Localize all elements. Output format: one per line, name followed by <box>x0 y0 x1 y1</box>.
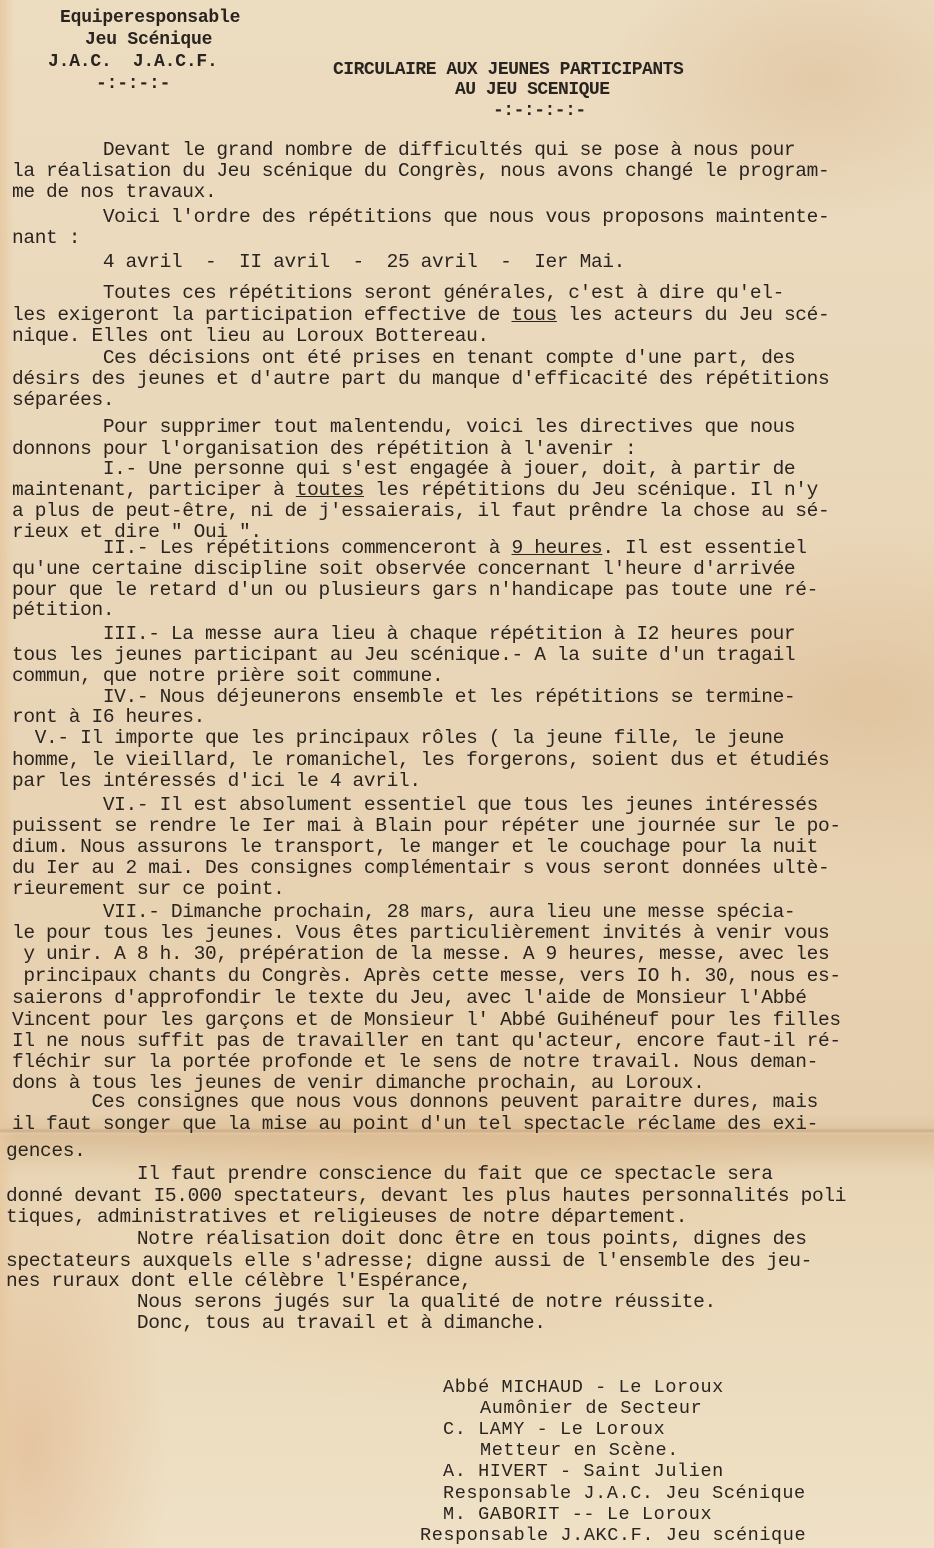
text-line: Vincent pour les garçons et de Monsieur … <box>12 1010 841 1030</box>
text-line: principaux chants du Congrès. Après cett… <box>12 966 841 986</box>
rehearsal-dates: 4 avril - II avril - 25 avril - Ier Mai. <box>12 252 625 272</box>
signatory-role: Responsable J.AKC.F. Jeu scénique <box>420 1526 806 1546</box>
text-line: me de nos travaux. <box>12 182 216 202</box>
text-line: pour que le retard d'un ou plusieurs gar… <box>12 580 818 600</box>
text-line: V.- Il importe que les principaux rôles … <box>12 728 784 748</box>
text-line: spectateurs auxquels elle s'adresse; dig… <box>6 1251 812 1271</box>
text-line: nant : <box>12 228 80 248</box>
text-line: par les intéressés d'ici le 4 avril. <box>12 771 421 791</box>
text-line: Voici l'ordre des répétitions que nous v… <box>12 207 829 227</box>
underlined-word: tous <box>511 304 556 326</box>
text-line: désirs des jeunes et d'autre part du man… <box>12 369 829 389</box>
text-line: donnons pour l'organisation des répétiti… <box>12 439 636 459</box>
org-line-jac: J.A.C. J.A.C.F. <box>48 52 218 72</box>
text-line: VII.- Dimanche prochain, 28 mars, aura l… <box>12 902 795 922</box>
text-line: pétition. <box>12 600 114 620</box>
signatory-role: Aumônier de Secteur <box>480 1399 702 1419</box>
text-line: puissent se rendre le Ier mai à Blain po… <box>12 816 841 836</box>
text-line: nes ruraux dont elle célèbre l'Espérance… <box>6 1271 471 1291</box>
text-line: a plus de peut-être, ni de j'essaierais,… <box>12 501 829 521</box>
text-line: gences. <box>6 1141 85 1161</box>
text-line: homme, le vieillard, le romanichel, les … <box>12 750 829 770</box>
text-line: I.- Une personne qui s'est engagée à jou… <box>12 459 795 479</box>
text-line: saierons d'approfondir le texte du Jeu, … <box>12 988 807 1008</box>
text-line: Notre réalisation doit donc être en tous… <box>12 1229 807 1249</box>
underlined-word: toutes <box>296 479 364 501</box>
text-line: dons à tous les jeunes de venir dimanche… <box>12 1073 704 1093</box>
text-line: qu'une certaine discipline soit observée… <box>12 559 795 579</box>
text-line: tous les jeunes participant au Jeu scéni… <box>12 645 795 665</box>
text-line: commun, que notre prière soit commune. <box>12 666 443 686</box>
scanned-document-page: Equiperesponsable Jeu Scénique J.A.C. J.… <box>0 0 934 1548</box>
signatory-name: Abbé MICHAUD - Le Loroux <box>443 1378 724 1398</box>
text-line: du Ier au 2 mai. Des consignes complémen… <box>12 858 829 878</box>
text-line: Donc, tous au travail et à dimanche. <box>12 1313 546 1333</box>
text-line: Nous serons jugés sur la qualité de notr… <box>12 1292 716 1312</box>
text-line: séparées. <box>12 390 114 410</box>
text-line: Toutes ces répétitions seront générales,… <box>12 283 784 303</box>
signatory-role: Responsable J.A.C. Jeu Scénique <box>443 1484 806 1504</box>
title-line-2: AU JEU SCENIQUE <box>455 80 610 100</box>
text-line: Il ne nous suffit pas de travailler en t… <box>12 1031 841 1051</box>
text-line: Il faut prendre conscience du fait que c… <box>12 1164 773 1184</box>
text-line: rieurement sur ce point. <box>12 879 284 899</box>
text-line: nique. Elles ont lieu au Loroux Botterea… <box>12 326 489 346</box>
text-line: tiques, administratives et religieuses d… <box>6 1207 687 1227</box>
text-line: maintenant, participer à toutes les répé… <box>12 480 818 500</box>
text-line: III.- La messe aura lieu à chaque répéti… <box>12 624 795 644</box>
text-line: ront à I6 heures. <box>12 707 205 727</box>
text-line: Pour supprimer tout malentendu, voici le… <box>12 417 795 437</box>
text-line: fléchir sur la portée profonde et le sen… <box>12 1052 818 1072</box>
text-line: les exigeront la participation effective… <box>12 305 829 325</box>
text-line: II.- Les répétitions commenceront à 9 he… <box>12 538 807 558</box>
org-line-team: Equiperesponsable <box>60 8 240 28</box>
title-divider: -:-:-:-:- <box>493 101 586 121</box>
text-line: le pour tous les jeunes. Vous êtes parti… <box>12 923 829 943</box>
text-line: Ces consignes que nous vous donnons peuv… <box>12 1092 818 1112</box>
text-line: Devant le grand nombre de difficultés qu… <box>12 140 795 160</box>
signatory-name: A. HIVERT - Saint Julien <box>443 1462 724 1482</box>
title-line-1: CIRCULAIRE AUX JEUNES PARTICIPANTS <box>333 60 683 80</box>
signatory-name: M. GABORIT -- Le Loroux <box>443 1505 712 1525</box>
text-line: IV.- Nous déjeunerons ensemble et les ré… <box>12 687 795 707</box>
org-line-jeu: Jeu Scénique <box>85 30 212 50</box>
org-divider: -:-:-:- <box>96 74 170 94</box>
text-line: la réalisation du Jeu scénique du Congrè… <box>12 161 829 181</box>
signatory-name: C. LAMY - Le Loroux <box>443 1420 665 1440</box>
text-line: VI.- Il est absolument essentiel que tou… <box>12 795 818 815</box>
text-line: dium. Nous assurons le transport, le man… <box>12 837 818 857</box>
text-line: donné devant I5.000 spectateurs, devant … <box>6 1186 846 1206</box>
underlined-time: 9 heures <box>511 537 602 559</box>
text-line: y unir. A 8 h. 30, prépération de la mes… <box>12 944 829 964</box>
signatory-role: Metteur en Scène. <box>480 1441 679 1461</box>
text-line: Ces décisions ont été prises en tenant c… <box>12 348 795 368</box>
text-line: il faut songer que la mise au point d'un… <box>12 1114 818 1134</box>
